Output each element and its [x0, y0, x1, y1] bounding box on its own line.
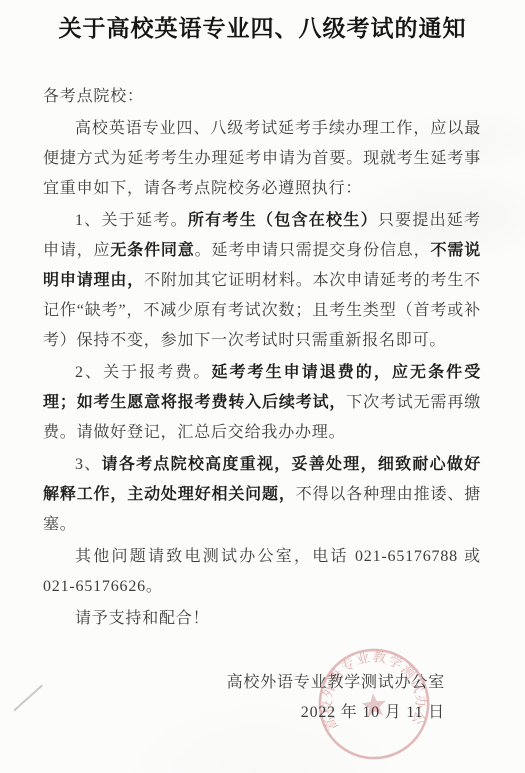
text-run: 1、关于延考。 — [75, 212, 188, 229]
date-line: 2022 年 10 月 11 日 — [43, 698, 445, 728]
salutation-text: 各考点院校： — [43, 88, 144, 105]
paragraph-contact: 其他问题请致电测试办公室，电话 021-65176788 或 021-65176… — [43, 542, 481, 602]
paragraph-closing: 请予支持和配合！ — [43, 604, 481, 634]
paragraph-intro: 高校英语专业四、八级考试延考手续办理工作，应以最便捷方式为延考考生办理延考申请为… — [43, 114, 481, 204]
salutation: 各考点院校： — [43, 82, 481, 112]
text-run: 。延考申请只需提交身份信息， — [195, 242, 431, 259]
text-run-bold: 所有考生（包含在校生） — [188, 212, 378, 229]
text-run: 请予支持和配合！ — [75, 610, 209, 627]
scan-artifact-line — [13, 684, 42, 711]
paragraph-item-2-fee-policy: 2、关于报考费。延考考生申请退费的，应无条件受理；如考生愿意将报考费转入后续考试… — [43, 358, 481, 448]
text-run: 2、关于报考费。 — [75, 364, 211, 381]
document-body: 各考点院校： 高校英语专业四、八级考试延考手续办理工作，应以最便捷方式为延考考生… — [43, 82, 481, 728]
text-run: 3、 — [75, 456, 102, 473]
signature-block: 高校外语专业教学测试办公室 2022 年 10 月 11 日 — [43, 668, 481, 728]
text-run: 其他问题请致电测试办公室，电话 021-65176788 或 021-65176… — [43, 548, 481, 595]
document-title: 关于高校英语专业四、八级考试的通知 — [0, 10, 525, 48]
text-run: 高校英语专业四、八级考试延考手续办理工作，应以最便捷方式为延考考生办理延考申请为… — [43, 120, 481, 197]
signature-line: 高校外语专业教学测试办公室 — [43, 668, 445, 698]
paragraph-item-3-handling: 3、请各考点院校高度重视，妥善处理，细致耐心做好解释工作，主动处理好相关问题，不… — [43, 450, 481, 540]
paragraph-item-1-delay-policy: 1、关于延考。所有考生（包含在校生）只要提出延考申请，应无条件同意。延考申请只需… — [43, 206, 481, 356]
scanned-notice-page: 关于高校英语专业四、八级考试的通知 各考点院校： 高校英语专业四、八级考试延考手… — [0, 0, 525, 773]
text-run-bold: 无条件同意 — [110, 242, 194, 259]
